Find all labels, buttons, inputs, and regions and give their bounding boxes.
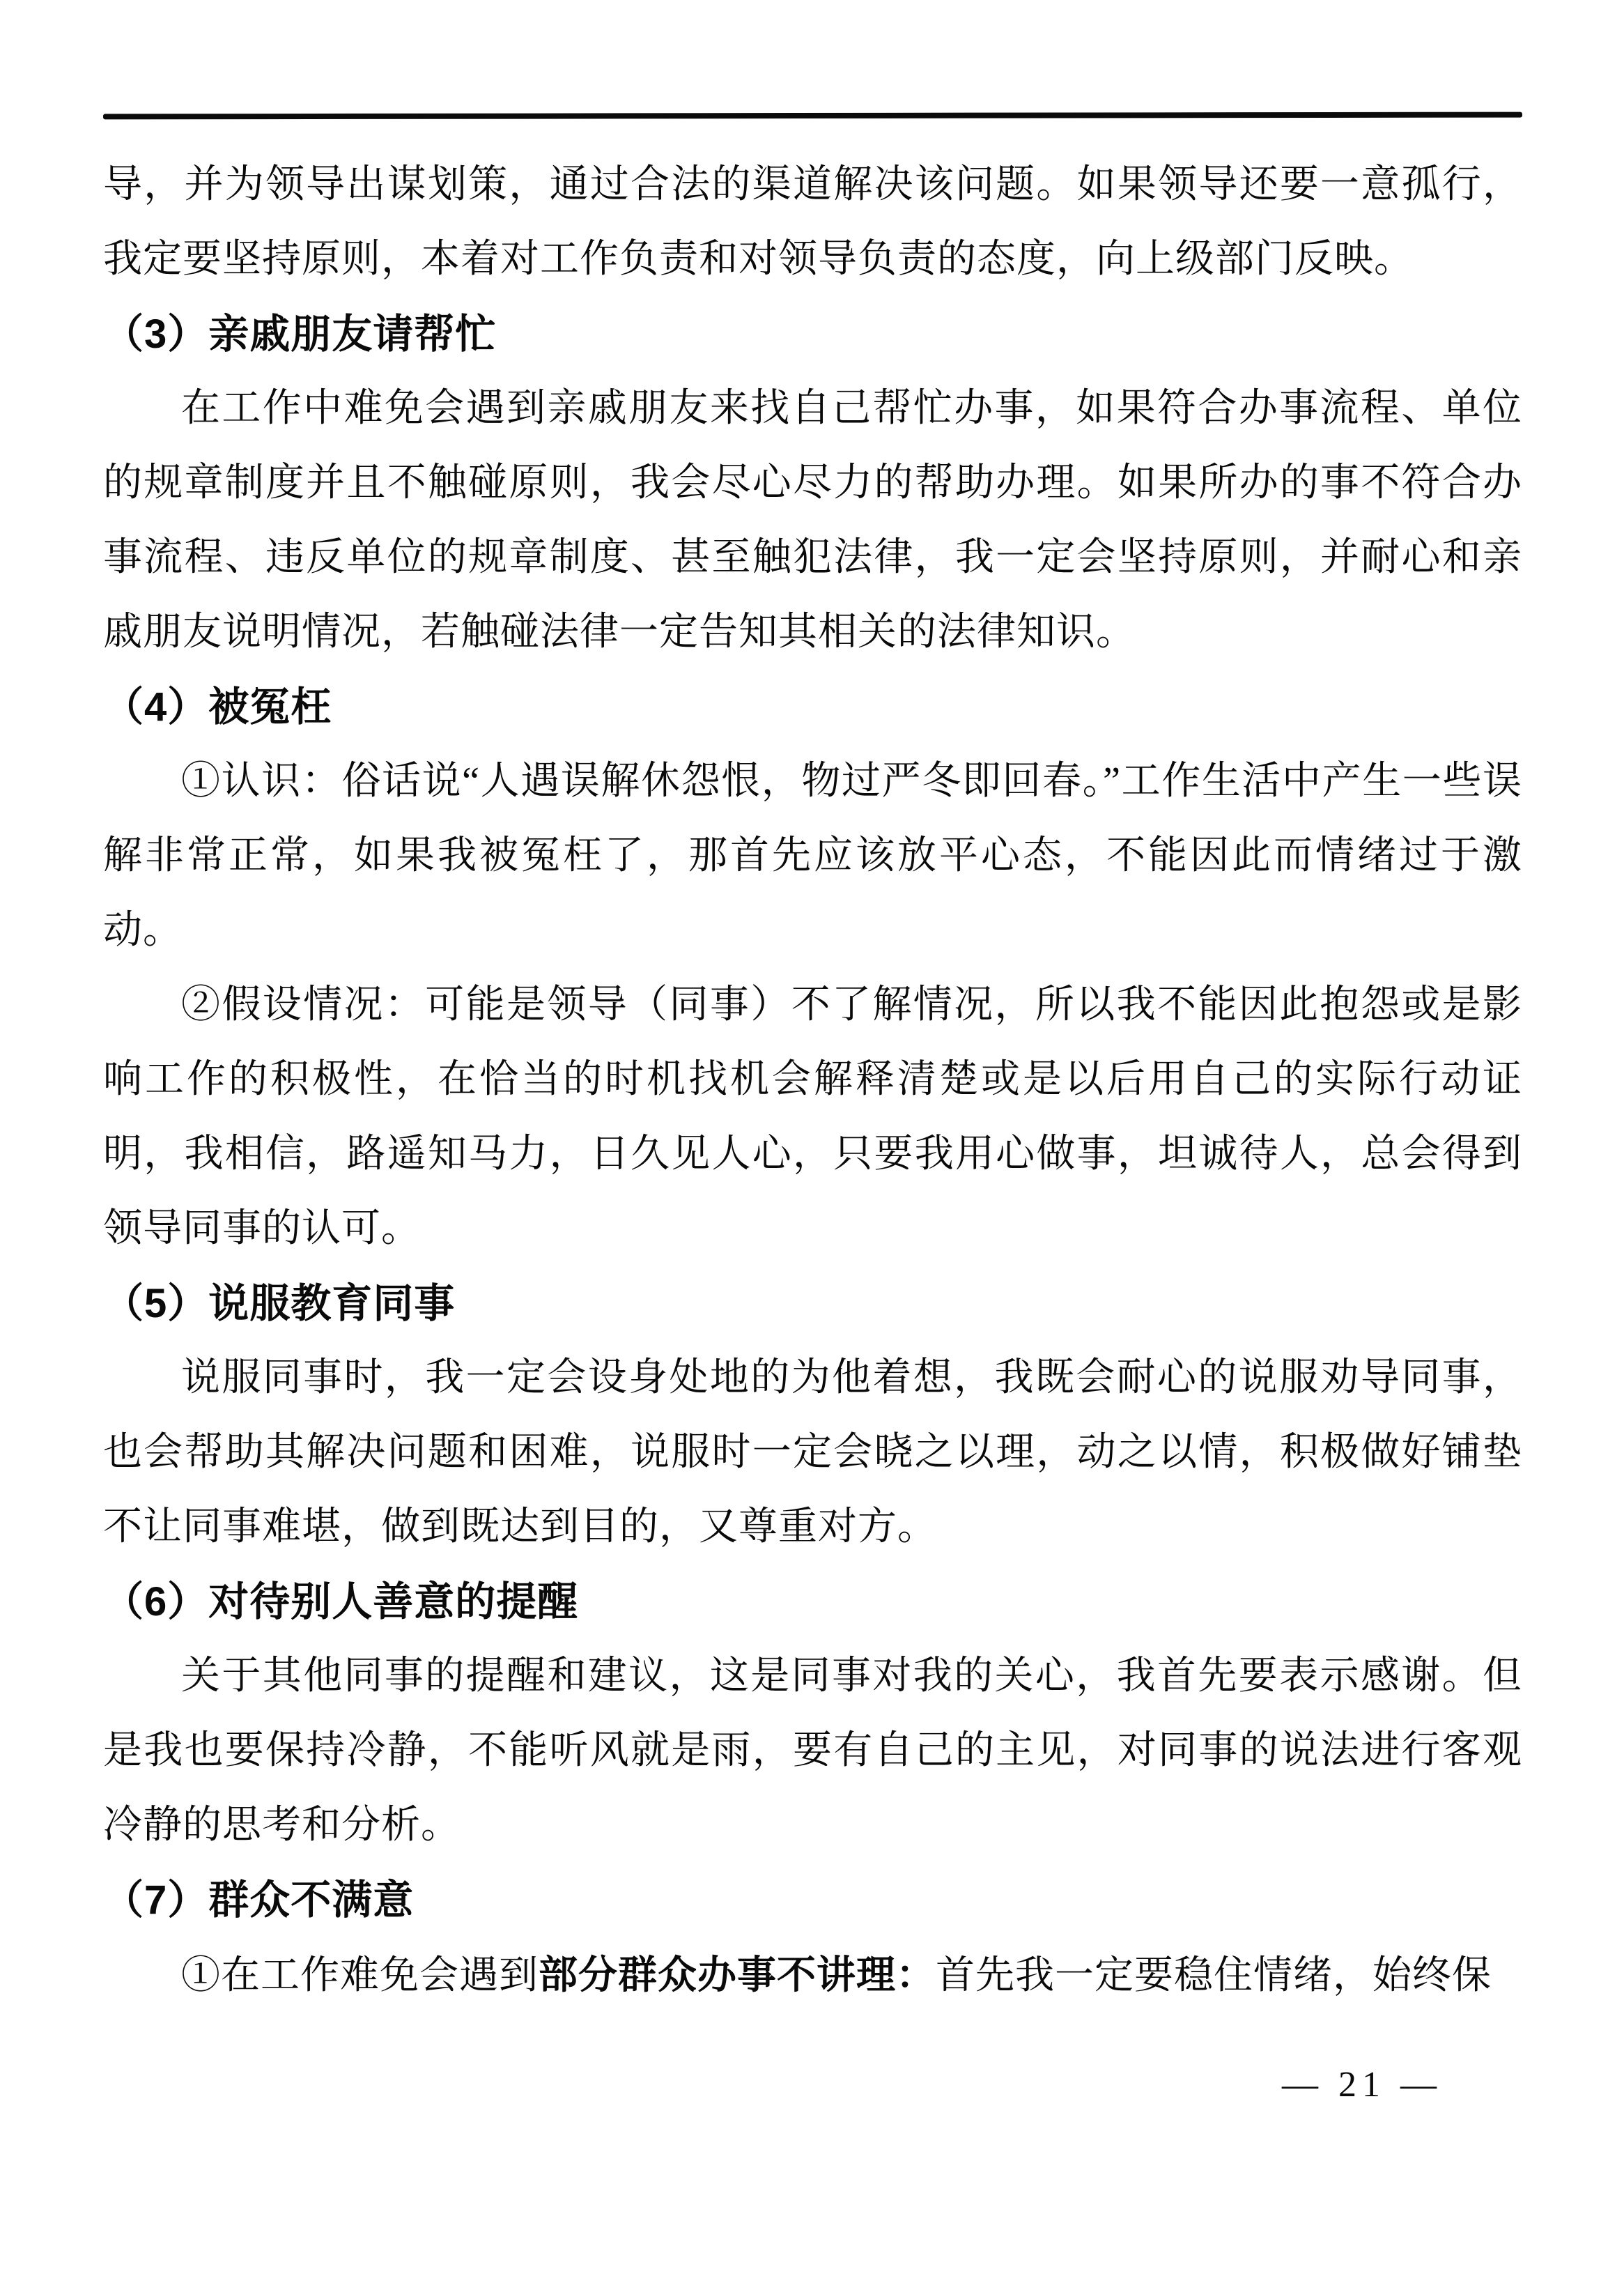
top-rule-divider xyxy=(103,112,1522,120)
section-heading-5: （5）说服教育同事 xyxy=(103,1266,1522,1341)
section-heading-6: （6）对待别人善意的提醒 xyxy=(103,1565,1522,1639)
paragraph-section-7-pre: ①在工作难免会遇到 xyxy=(181,1954,539,1997)
paragraph-section-4-item-1: ①认识：俗话说“人遇误解休怨恨，物过严冬即回春。”工作生活中产生一些误解非常正常… xyxy=(103,744,1522,968)
paragraph-section-3: 在工作中难免会遇到亲戚朋友来找自己帮忙办事，如果符合办事流程、单位的规章制度并且… xyxy=(103,371,1522,670)
paragraph-section-7: ①在工作难免会遇到部分群众办事不讲理：首先我一定要稳住情绪，始终保 xyxy=(103,1937,1522,2013)
paragraph-section-7-post: 首先我一定要稳住情绪，始终保 xyxy=(936,1954,1492,1997)
section-heading-7: （7）群众不满意 xyxy=(103,1863,1522,1937)
paragraph-section-5: 说服同事时，我一定会设身处地的为他着想，我既会耐心的说服劝导同事，也会帮助其解决… xyxy=(103,1341,1522,1565)
section-heading-4: （4）被冤枉 xyxy=(103,670,1522,744)
document-body: 导，并为领导出谋划策，通过合法的渠道解决该问题。如果领导还要一意孤行，我定要坚持… xyxy=(103,148,1522,2013)
paragraph-section-4-item-2: ②假设情况：可能是领导（同事）不了解情况，所以我不能因此抱怨或是影响工作的积极性… xyxy=(103,968,1522,1266)
section-heading-3: （3）亲戚朋友请帮忙 xyxy=(103,297,1522,371)
page-number: — 21 — xyxy=(1282,2064,1442,2106)
paragraph-section-7-bold-phrase: 部分群众办事不讲理： xyxy=(539,1953,936,1997)
paragraph-section-6: 关于其他同事的提醒和建议，这是同事对我的关心，我首先要表示感谢。但是我也要保持冷… xyxy=(103,1639,1522,1863)
document-page: 导，并为领导出谋划策，通过合法的渠道解决该问题。如果领导还要一意孤行，我定要坚持… xyxy=(0,0,1624,2283)
paragraph-continuation: 导，并为领导出谋划策，通过合法的渠道解决该问题。如果领导还要一意孤行，我定要坚持… xyxy=(103,148,1522,297)
